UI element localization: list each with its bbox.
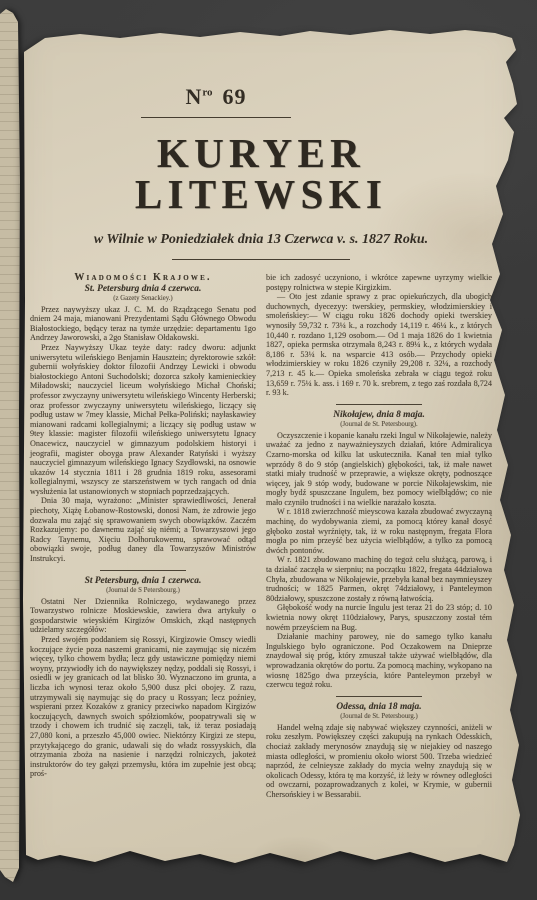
issue-rule bbox=[141, 117, 291, 118]
masthead: Nro69 KURYER LITEWSKI w Wilnie w Poniedz… bbox=[30, 86, 492, 260]
printed-area: Nro69 KURYER LITEWSKI w Wilnie w Poniedz… bbox=[30, 0, 492, 800]
body-paragraph: Przez Naywyższy Ukaz teyże daty: radcy d… bbox=[30, 343, 256, 497]
body-paragraph: W r. 1821 zbudowano machinę do tegoż cel… bbox=[266, 555, 492, 603]
article-separator-rule bbox=[336, 696, 422, 697]
right-column: bie ich zadosyć uczyniono, i wkrótce zap… bbox=[266, 273, 492, 800]
body-paragraph: Oczyszczenie i kopanie kanału rzeki Ingu… bbox=[266, 431, 492, 508]
issue-label: N bbox=[185, 84, 202, 109]
body-paragraph: Ostatni Ner Dziennika Rolniczego, wydawa… bbox=[30, 597, 256, 635]
newspaper-page: Nro69 KURYER LITEWSKI w Wilnie w Poniedz… bbox=[0, 0, 537, 900]
article-heading: Odessa, dnia 18 maja. bbox=[266, 702, 492, 713]
body-paragraph: W r. 1818 zwierzchność mieyscowa kazała … bbox=[266, 507, 492, 555]
body-paragraph: Przez naywyższy ukaz J. C. M. do Rządząc… bbox=[30, 305, 256, 343]
dateline-rule bbox=[172, 259, 350, 260]
paper-sheet: Nro69 KURYER LITEWSKI w Wilnie w Poniedz… bbox=[0, 0, 537, 900]
article-separator-rule bbox=[336, 404, 422, 405]
section-title: Wiadomości Krajowe. bbox=[30, 273, 256, 283]
left-column: Wiadomości Krajowe.St. Petersburg dnia 4… bbox=[30, 273, 256, 800]
body-paragraph: — Oto jest zdanie sprawy z prac opiekuńc… bbox=[266, 292, 492, 398]
article-heading: Nikołajew, dnia 8 maja. bbox=[266, 410, 492, 421]
article-source: (Journal de S Petersbourg.) bbox=[30, 587, 256, 595]
body-paragraph: Przed swojém poddaniem się Rossyi, Kirgi… bbox=[30, 635, 256, 779]
body-paragraph: Handel wełną zdaje się nabywać większey … bbox=[266, 723, 492, 800]
issue-number: Nro69 bbox=[0, 86, 447, 108]
article-heading: St. Petersburg dnia 4 czerwca. bbox=[30, 284, 256, 295]
body-paragraph: Dnia 30 maja, wyrażono: „Minister sprawi… bbox=[30, 496, 256, 563]
scan-background: Nro69 KURYER LITEWSKI w Wilnie w Poniedz… bbox=[0, 0, 537, 900]
article-source: (z Gazety Senackiey.) bbox=[30, 295, 256, 303]
article-heading: St Petersburg, dnia 1 czerwca. bbox=[30, 576, 256, 587]
body-columns: Wiadomości Krajowe.St. Petersburg dnia 4… bbox=[30, 273, 492, 800]
dateline: w Wilnie w Poniedziałek dnia 13 Czerwca … bbox=[30, 232, 492, 248]
issue-superscript: ro bbox=[202, 87, 212, 99]
article-source: (Journal de St. Petersbourg.) bbox=[266, 713, 492, 721]
article-source: (Journal de St. Petersbourg). bbox=[266, 421, 492, 429]
article-separator-rule bbox=[100, 570, 186, 571]
body-paragraph: Działanie machiny parowey, nie do samego… bbox=[266, 632, 492, 690]
body-paragraph: bie ich zadosyć uczyniono, i wkrótce zap… bbox=[266, 273, 492, 292]
body-paragraph: Głębokość wody na nurcie Ingulu jest ter… bbox=[266, 603, 492, 632]
newspaper-title: KURYER LITEWSKI bbox=[30, 133, 492, 215]
issue-value: 69 bbox=[223, 84, 247, 109]
